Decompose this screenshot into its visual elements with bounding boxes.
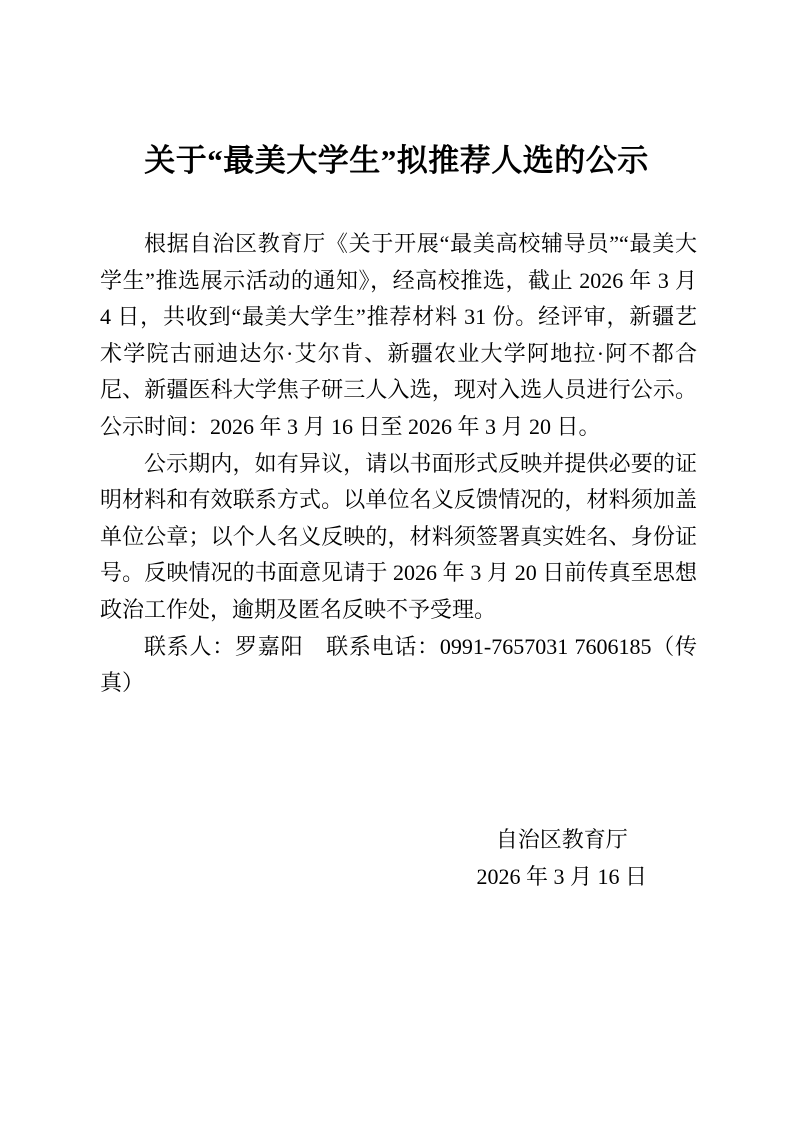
notice-title: 关于“最美大学生”拟推荐人选的公示	[0, 140, 793, 182]
notice-paragraph-intro: 根据自治区教育厅《关于开展“最美高校辅导员”“最美大学生”推选展示活动的通知》，…	[100, 226, 697, 446]
signature-block: 自治区教育厅 2026 年 3 月 16 日	[476, 821, 647, 895]
notice-document-page: 关于“最美大学生”拟推荐人选的公示 根据自治区教育厅《关于开展“最美高校辅导员”…	[0, 0, 793, 1122]
signature-date: 2026 年 3 月 16 日	[476, 858, 647, 895]
notice-body: 根据自治区教育厅《关于开展“最美高校辅导员”“最美大学生”推选展示活动的通知》，…	[100, 226, 697, 702]
notice-paragraph-contact: 联系人：罗嘉阳 联系电话：0991-7657031 7606185（传真）	[100, 629, 697, 702]
notice-paragraph-objection: 公示期内，如有异议，请以书面形式反映并提供必要的证明材料和有效联系方式。以单位名…	[100, 446, 697, 629]
signature-organization: 自治区教育厅	[476, 821, 647, 858]
